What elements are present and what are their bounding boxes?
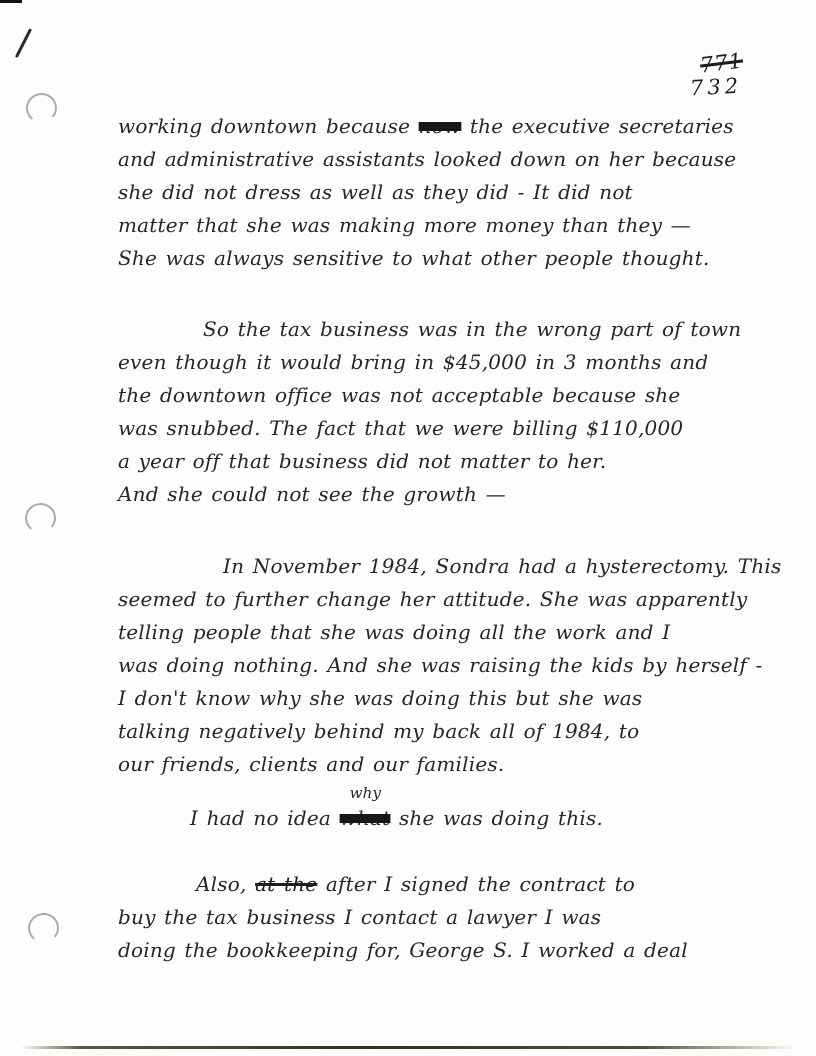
paragraph: Also, at the after I signed the contract… (118, 868, 718, 967)
handwritten-line: Also, at the after I signed the contract… (118, 868, 718, 901)
handwritten-line: was doing nothing. And she was raising t… (118, 649, 718, 682)
page-number: 732 (690, 76, 742, 98)
handwritten-line: and administrative assistants looked dow… (118, 143, 718, 176)
handwritten-line: buy the tax business I contact a lawyer … (118, 901, 718, 934)
scanned-document-page: 771 732 working downtown because now the… (0, 0, 816, 1056)
handwritten-line: doing the bookkeeping for, George S. I w… (118, 934, 718, 967)
inserted-word: why (350, 786, 382, 801)
handwritten-line: matter that she was making more money th… (118, 209, 718, 242)
paragraph: So the tax business was in the wrong par… (118, 313, 718, 511)
handwritten-line: our friends, clients and our families. (118, 748, 718, 781)
hole-punch-mark (25, 91, 59, 124)
page-number-crossed-out: 771 (700, 52, 743, 74)
hole-punch-mark (27, 911, 61, 944)
handwritten-line: I don't know why she was doing this but … (118, 682, 718, 715)
handwritten-line: seemed to further change her attitude. S… (118, 583, 718, 616)
handwritten-line: I had no idea whywhat she was doing this… (118, 802, 718, 835)
handwritten-line: And she could not see the growth — (118, 478, 718, 511)
paragraph: working downtown because now the executi… (118, 110, 718, 275)
handwritten-line: even though it would bring in $45,000 in… (118, 346, 718, 379)
paragraph: In November 1984, Sondra had a hysterect… (118, 550, 718, 781)
handwritten-line: was snubbed. The fact that we were billi… (118, 412, 718, 445)
paragraph: I had no idea whywhat she was doing this… (118, 802, 718, 835)
handwritten-line: working downtown because now the executi… (118, 110, 718, 143)
struck-words: at the (255, 872, 317, 896)
scan-corner-mark (0, 0, 22, 3)
hole-punch-mark (24, 501, 58, 534)
scan-edge-line (20, 1046, 798, 1049)
handwritten-line: In November 1984, Sondra had a hysterect… (118, 550, 718, 583)
handwritten-line: So the tax business was in the wrong par… (118, 313, 718, 346)
handwritten-line: she did not dress as well as they did - … (118, 176, 718, 209)
handwritten-line: a year off that business did not matter … (118, 445, 718, 478)
scribbled-out-word: now (419, 114, 462, 138)
handwritten-line: telling people that she was doing all th… (118, 616, 718, 649)
correction: whywhat (340, 802, 391, 835)
stray-pen-stroke (15, 28, 32, 58)
handwritten-line: She was always sensitive to what other p… (118, 242, 718, 275)
handwritten-line: talking negatively behind my back all of… (118, 715, 718, 748)
handwritten-line: the downtown office was not acceptable b… (118, 379, 718, 412)
scribbled-out-word: what (340, 806, 391, 830)
